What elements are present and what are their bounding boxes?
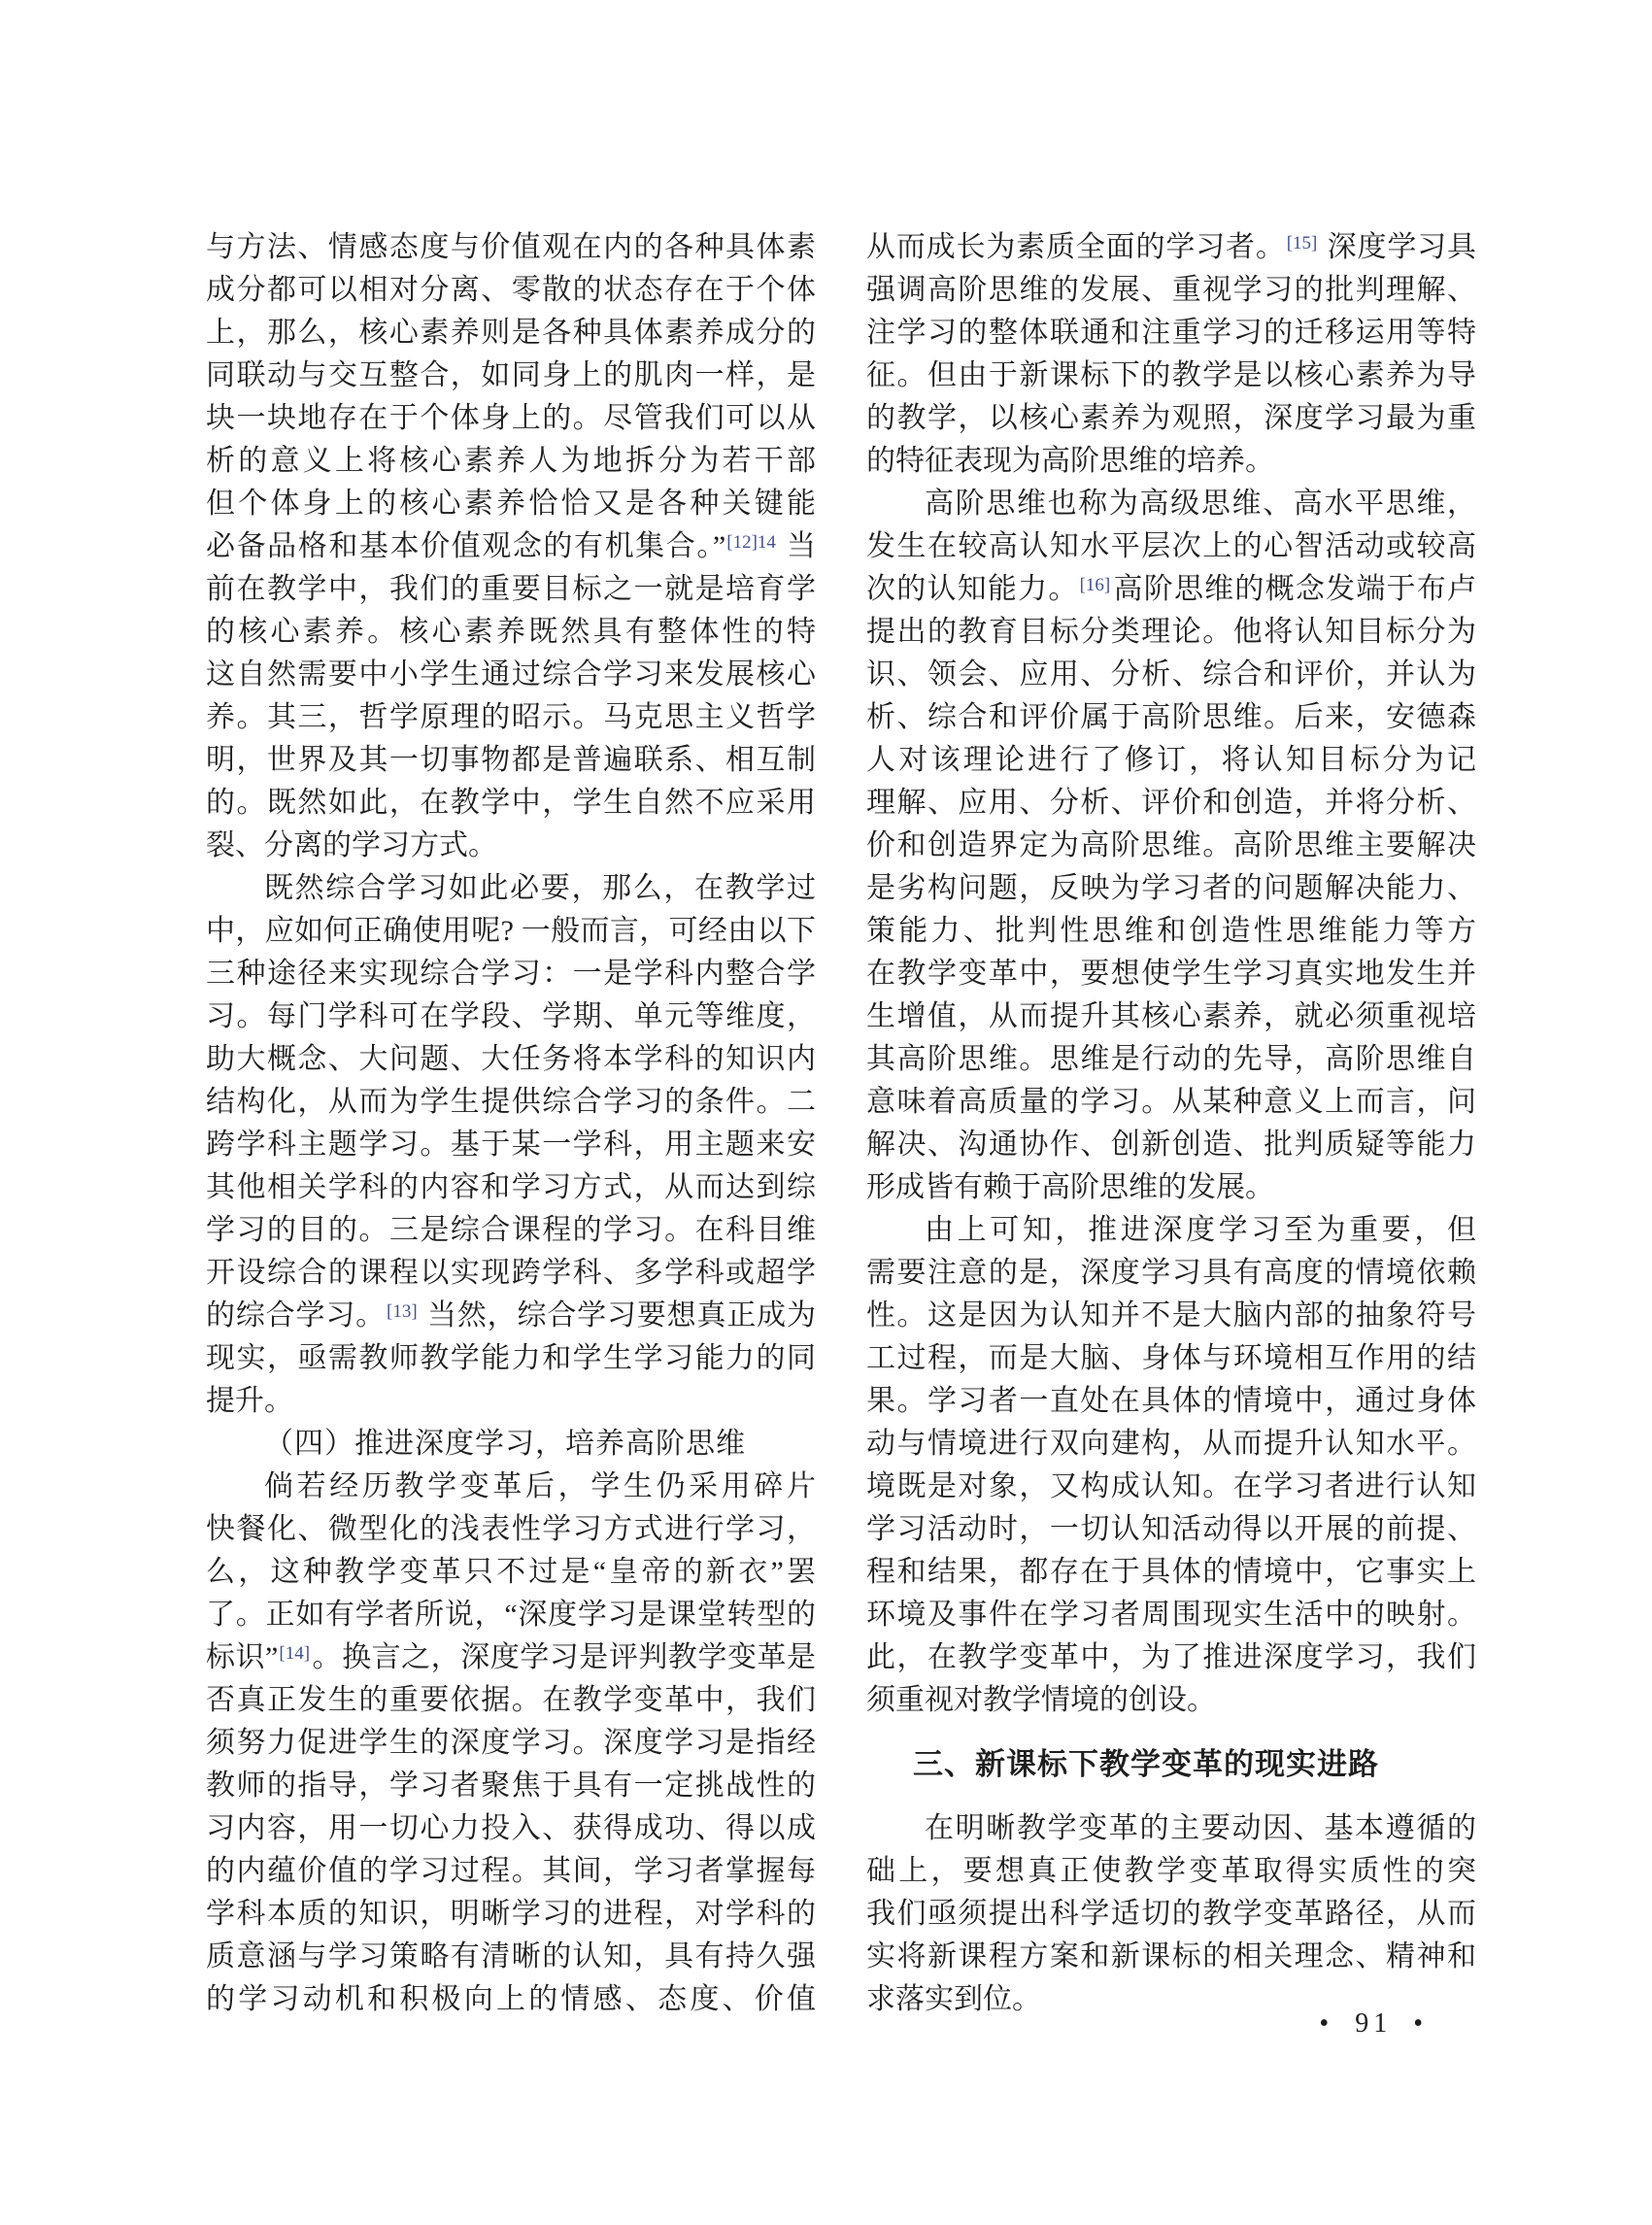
text-line: 与方法、情感态度与价值观在内的各种具体素养 [206, 226, 816, 269]
text-line: 学科本质的知识，明晰学习的进程，对学科的实 [206, 1893, 816, 1936]
text-line: 其他相关学科的内容和学习方式，从而达到综合 [206, 1166, 816, 1209]
text-line: 么，这种教学变革只不过是“皇帝的新衣”罢 [206, 1551, 816, 1594]
text-column-left: 与方法、情感态度与价值观在内的各种具体素养成分都可以相对分离、零散的状态存在于个… [206, 226, 816, 2021]
text-line: 实将新课程方案和新课标的相关理念、精神和要 [866, 1936, 1476, 1978]
text-line: 策能力、批判性思维和创造性思维能力等方面。 [866, 910, 1476, 953]
text-line: 工过程，而是大脑、身体与环境相互作用的结 [866, 1337, 1476, 1380]
section-heading: 三、新课标下教学变革的现实进路 [866, 1722, 1476, 1807]
text-line: 这自然需要中小学生通过综合学习来发展核心素 [206, 654, 816, 696]
text-line: 强调高阶思维的发展、重视学习的批判理解、关 [866, 269, 1476, 312]
text-line: 须重视对教学情境的创设。 [866, 1679, 1476, 1722]
text-line: 从而成长为素质全面的学习者。[15] 深度学习具有 [866, 226, 1476, 269]
text-line: 的。既然如此，在教学中，学生自然不应采用割 [206, 782, 816, 825]
text-line: 是劣构问题，反映为学习者的问题解决能力、决 [866, 867, 1476, 910]
text-line: 习内容，用一切心力投入、获得成功、得以成长 [206, 1807, 816, 1850]
text-line: 析的意义上将核心素养人为地拆分为若干部分， [206, 440, 816, 483]
text-line: 程和结果，都存在于具体的情境中，它事实上是 [866, 1551, 1476, 1594]
text-line: 的综合学习。[13] 当然，综合学习要想真正成为 [206, 1295, 816, 1337]
text-line: 析、综合和评价属于高阶思维。后来，安德森等 [866, 696, 1476, 739]
text-line: 倘若经历教学变革后，学生仍采用碎片化、 [206, 1466, 816, 1508]
text-line: 学习的目的。三是综合课程的学习。在科目维度 [206, 1209, 816, 1252]
text-line: 注学习的整体联通和注重学习的迁移运用等特 [866, 312, 1476, 354]
text-line: 必备品格和基本价值观念的有机集合。”[12]14 当 [206, 525, 816, 568]
text-line: 了。正如有学者所说，“深度学习是课堂转型的 [206, 1594, 816, 1636]
text-line: 在明晰教学变革的主要动因、基本遵循的基 [866, 1807, 1476, 1850]
citation-ref: [16] [1080, 575, 1111, 595]
text-line: 形成皆有赖于高阶思维的发展。 [866, 1166, 1476, 1209]
text-line: 的学习动机和积极向上的情感、态度、价值观， [206, 1978, 816, 2021]
text-line: 须努力促进学生的深度学习。深度学习是指经由 [206, 1722, 816, 1765]
text-line: 价和创造界定为高阶思维。高阶思维主要解决的 [866, 825, 1476, 867]
text-line: 明，世界及其一切事物都是普遍联系、相互制约 [206, 739, 816, 782]
text-line: 结构化，从而为学生提供综合学习的条件。二是 [206, 1081, 816, 1124]
text-line: 质意涵与学习策略有清晰的认知，具有持久强烈 [206, 1936, 816, 1978]
text-line: 教师的指导，学习者聚焦于具有一定挑战性的学 [206, 1765, 816, 1807]
text-line: 同联动与交互整合，如同身上的肌肉一样，是一 [206, 354, 816, 397]
text-line: 在教学变革中，要想使学生学习真实地发生并产 [866, 953, 1476, 995]
text-column-right: 从而成长为素质全面的学习者。[15] 深度学习具有强调高阶思维的发展、重视学习的… [866, 226, 1476, 2021]
text-line: 础上，要想真正使教学变革取得实质性的突破， [866, 1850, 1476, 1893]
text-line: 否真正发生的重要依据。在教学变革中，我们必 [206, 1679, 816, 1722]
text-line: 的教学，以核心素养为观照，深度学习最为重要 [866, 397, 1476, 440]
text-line: 的内蕴价值的学习过程。其间，学习者掌握每门 [206, 1850, 816, 1893]
text-line: 识、领会、应用、分析、综合和评价，并认为分 [866, 654, 1476, 696]
text-line: 征。但由于新课标下的教学是以核心素养为导向 [866, 354, 1476, 397]
text-line: 中，应如何正确使用呢? 一般而言，可经由以下 [206, 910, 816, 953]
text-line: 需要注意的是，深度学习具有高度的情境依赖 [866, 1252, 1476, 1295]
text-line: 其高阶思维。思维是行动的先导，高阶思维自然 [866, 1038, 1476, 1081]
text-line: 养。其三，哲学原理的昭示。马克思主义哲学表 [206, 696, 816, 739]
citation-ref: [12]14 [726, 532, 776, 553]
text-line: 但个体身上的核心素养恰恰又是各种关键能力、 [206, 483, 816, 525]
text-line: 习。每门学科可在学段、学期、单元等维度，借 [206, 995, 816, 1038]
text-line: 意味着高质量的学习。从某种意义上而言，问题 [866, 1081, 1476, 1124]
text-line: 既然综合学习如此必要，那么，在教学过程 [206, 867, 816, 910]
text-line: 助大概念、大问题、大任务将本学科的知识内容 [206, 1038, 816, 1081]
citation-ref: [13] [387, 1301, 418, 1322]
text-line: 成分都可以相对分离、零散的状态存在于个体身 [206, 269, 816, 312]
text-line: 三种途径来实现综合学习：一是学科内整合学 [206, 953, 816, 995]
text-line: 果。学习者一直处在具体的情境中，通过身体活 [866, 1380, 1476, 1423]
text-line: 动与情境进行双向建构，从而提升认知水平。情 [866, 1423, 1476, 1466]
text-line: 性。这是因为认知并不是大脑内部的抽象符号加 [866, 1295, 1476, 1337]
text-line: 解决、沟通协作、创新创造、批判质疑等能力的 [866, 1124, 1476, 1166]
text-line: 理解、应用、分析、评价和创造，并将分析、评 [866, 782, 1476, 825]
text-line: 开设综合的课程以实现跨学科、多学科或超学科 [206, 1252, 816, 1295]
text-line: 高阶思维也称为高级思维、高水平思维，是 [866, 483, 1476, 525]
text-line: 块一块地存在于个体身上的。尽管我们可以从分 [206, 397, 816, 440]
citation-ref: [15] [1287, 233, 1318, 253]
text-line: 裂、分离的学习方式。 [206, 825, 816, 867]
text-line: 人对该理论进行了修订，将认知目标分为记忆、 [866, 739, 1476, 782]
text-line: 境既是对象，又构成认知。在学习者进行认知与 [866, 1466, 1476, 1508]
text-line: 生增值，从而提升其核心素养，就必须重视培养 [866, 995, 1476, 1038]
paper-page: 与方法、情感态度与价值观在内的各种具体素养成分都可以相对分离、零散的状态存在于个… [0, 0, 1652, 2225]
subsection-heading: （四）推进深度学习，培养高阶思维 [206, 1423, 816, 1466]
text-line: 快餐化、微型化的浅表性学习方式进行学习，那 [206, 1508, 816, 1551]
text-line: 此，在教学变革中，为了推进深度学习，我们必 [866, 1636, 1476, 1679]
text-line: 跨学科主题学习。基于某一学科，用主题来安排 [206, 1124, 816, 1166]
text-line: 提出的教育目标分类理论。他将认知目标分为知 [866, 611, 1476, 654]
text-line: 我们亟须提出科学适切的教学变革路径，从而切 [866, 1893, 1476, 1936]
text-line: 提升。 [206, 1380, 816, 1423]
text-line: 上，那么，核心素养则是各种具体素养成分的协 [206, 312, 816, 354]
text-line: 现实，亟需教师教学能力和学生学习能力的同步 [206, 1337, 816, 1380]
text-line: 的特征表现为高阶思维的培养。 [866, 440, 1476, 483]
page-number: • 91 • [866, 2003, 1476, 2045]
text-line: 学习活动时，一切认知活动得以开展的前提、过 [866, 1508, 1476, 1551]
text-line: 发生在较高认知水平层次上的心智活动或较高层 [866, 525, 1476, 568]
text-line: 次的认知能力。[16]高阶思维的概念发端于布卢姆 [866, 568, 1476, 611]
text-line: 的核心素养。核心素养既然具有整体性的特点， [206, 611, 816, 654]
text-line: 由上可知，推进深度学习至为重要，但是， [866, 1209, 1476, 1252]
citation-ref: [14] [279, 1643, 310, 1664]
text-line: 前在教学中，我们的重要目标之一就是培育学生 [206, 568, 816, 611]
text-line: 环境及事件在学习者周围现实生活中的映射。因 [866, 1594, 1476, 1636]
text-line: 标识”[14]。换言之，深度学习是评判教学变革是 [206, 1636, 816, 1679]
